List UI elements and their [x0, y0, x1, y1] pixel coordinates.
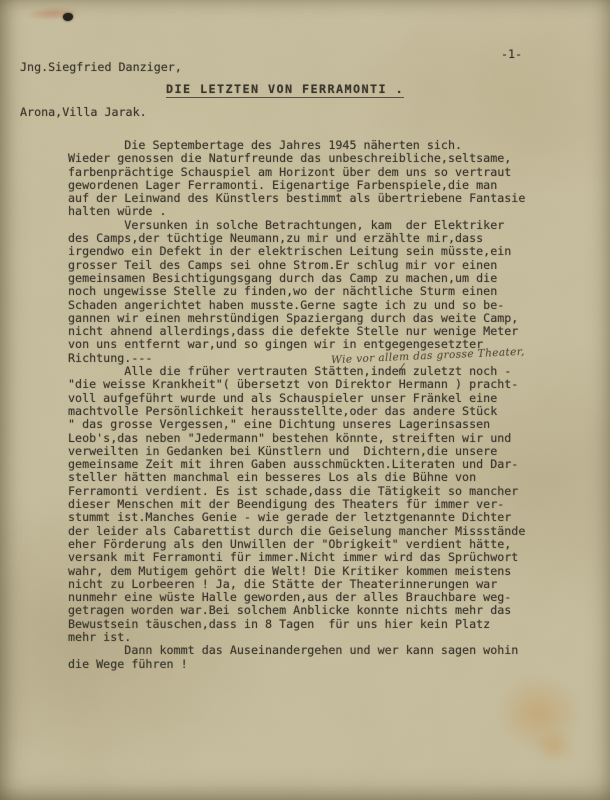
text-line: "die weisse Krankheit"( übersetzt von Di…: [68, 378, 525, 391]
text-line: der leider als Cabarettist durch die Gei…: [68, 525, 525, 538]
text-line: Dann kommt das Auseinandergehen und wer …: [68, 644, 525, 657]
text-line: wahr, dem Mutigem gehört die Welt! Die K…: [68, 565, 525, 578]
text-line: Wieder genossen die Naturfreunde das unb…: [68, 152, 525, 165]
text-line: getragen worden war.Bei solchem Anblicke…: [68, 604, 525, 617]
text-line: Leob's,das neben "Jedermann" bestehen kö…: [68, 432, 525, 445]
paragraph: Alle die früher vertrauten Stätten,indem…: [68, 365, 525, 644]
text-line: farbenprächtige Schauspiel am Horizont ü…: [68, 166, 525, 179]
text-line: stummt ist.Manches Genie - wie gerade de…: [68, 511, 525, 524]
stain-bottom-right-small: [534, 730, 574, 762]
text-line: von uns entfernt war,und so gingen wir i…: [68, 338, 525, 351]
text-line: die Wege führen !: [68, 658, 525, 671]
text-line: steller hätten manchmal ein besseres Los…: [68, 471, 525, 484]
author-name-line: Jng.Siegfried Danziger,: [20, 60, 182, 75]
text-line: halten würde .: [68, 205, 525, 218]
page-number: -1-: [501, 47, 522, 61]
text-line: versank mit Ferramonti für immer.Nicht i…: [68, 551, 525, 564]
text-line: noch ungewisse Stelle zu finden,wo der n…: [68, 285, 525, 298]
paragraph: Dann kommt das Auseinandergehen und wer …: [68, 644, 525, 671]
text-line: voll aufgeführt wurde und als Schauspiel…: [68, 392, 525, 405]
ink-blot-dot: [63, 13, 73, 21]
body-text: Die Septembertage des Jahres 1945 nähert…: [68, 139, 525, 671]
author-address-block: Jng.Siegfried Danziger, Arona,Villa Jara…: [20, 30, 182, 150]
text-line: irgendwo ein Defekt in der elektrischen …: [68, 245, 525, 258]
document-title: DIE LETZTEN VON FERRAMONTI .: [166, 82, 404, 98]
paragraph: Versunken in solche Betrachtungen, kam d…: [68, 219, 525, 365]
text-line: Schaden angerichtet haben musste.Gerne s…: [68, 299, 525, 312]
paragraph: Die Septembertage des Jahres 1945 nähert…: [68, 139, 525, 219]
typewritten-document-page: Jng.Siegfried Danziger, Arona,Villa Jara…: [0, 0, 610, 800]
text-line: grosser Teil des Camps sei ohne Strom.Er…: [68, 259, 525, 272]
text-line: " das grosse Vergessen," eine Dichtung u…: [68, 418, 525, 431]
author-address-line: Arona,Villa Jarak.: [20, 105, 182, 120]
text-line: Bewustsein täuschen,dass in 8 Tagen für …: [68, 618, 525, 631]
